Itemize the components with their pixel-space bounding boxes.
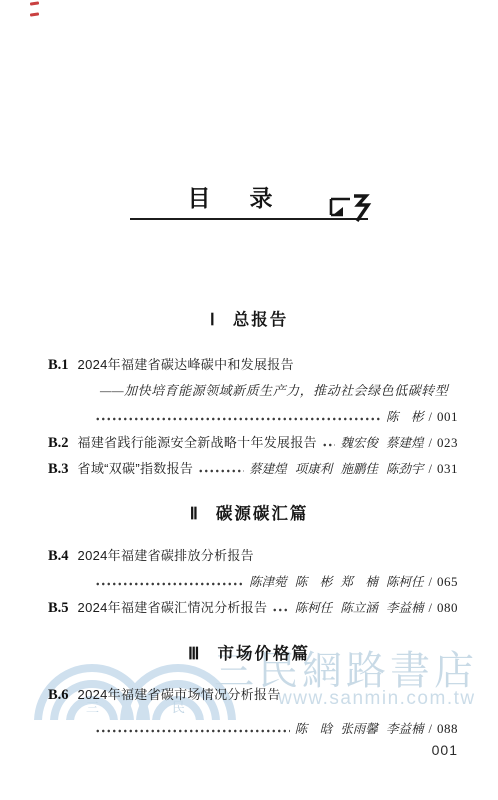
dotted-leader	[95, 409, 381, 425]
section-numeral: Ⅲ	[188, 644, 201, 663]
toc-entry-b6-authors-row: 陈 晗 张雨馨 李益楠 / 088	[48, 718, 458, 740]
entry-label: B.2	[48, 432, 69, 454]
title-underline: 目 录	[130, 180, 368, 220]
entry-label: B.3	[48, 458, 69, 480]
entry-authors: 魏宏俊 蔡建煌	[340, 432, 423, 454]
toc-entry-b1-authors-row: 陈 彬 / 001	[48, 406, 458, 428]
red-scan-marks	[30, 2, 39, 24]
page-separator: /	[429, 718, 432, 740]
toc-entry-b6-title-row: B.6 2024年福建省碳市场情况分析报告	[48, 684, 458, 706]
toc-entry-b5-row: B.5 2024年福建省碳汇情况分析报告 陈柯任 陈立涵 李益楠 / 080	[48, 597, 458, 619]
dotted-leader	[272, 600, 289, 616]
entry-authors: 陈 晗 张雨馨 李益楠	[295, 718, 424, 740]
section-heading-2: Ⅱ碳源碳汇篇	[0, 500, 498, 524]
toc-entry-b4-title-row: B.4 2024年福建省碳排放分析报告	[48, 545, 458, 567]
toc-entry-b2-row: B.2 福建省践行能源安全新战略十年发展报告 魏宏俊 蔡建煌 / 023	[48, 432, 458, 454]
section-title: 市场价格篇	[217, 644, 310, 663]
toc-page: 三 民 三民網路書店 www.sanmin.com.tw 目 录 Ⅰ总报告 B.…	[0, 0, 498, 800]
entry-title: 2024年福建省碳市场情况分析报告	[78, 684, 281, 706]
page-separator: /	[429, 406, 432, 428]
toc-entry-b1-title-row: B.1 2024年福建省碳达峰碳中和发展报告	[48, 354, 458, 376]
entry-page-number: 065	[437, 571, 458, 593]
entry-label: B.4	[48, 545, 69, 567]
toc-entry-b3-row: B.3 省域“双碳”指数报告 蔡建煌 项康利 施鹏佳 陈劲宇 / 031	[48, 458, 458, 480]
section-numeral: Ⅱ	[190, 504, 200, 523]
toc-entry-b1-subtitle: ——加快培育能源领域新质生产力，推动社会绿色低碳转型	[48, 380, 458, 402]
dotted-leader	[322, 435, 335, 451]
page-separator: /	[429, 597, 432, 619]
bookmark-arrow-icon	[328, 192, 372, 224]
page-separator: /	[429, 432, 432, 454]
section-title: 碳源碳汇篇	[216, 504, 309, 523]
entry-label: B.1	[48, 354, 69, 376]
section-title: 总报告	[233, 310, 289, 329]
entry-page-number: 031	[437, 458, 458, 480]
entry-page-number: 088	[437, 718, 458, 740]
entry-title: 福建省践行能源安全新战略十年发展报告	[78, 432, 317, 454]
toc-header: 目 录	[0, 180, 498, 220]
entry-authors: 陈 彬	[386, 406, 424, 428]
section-heading-3: Ⅲ市场价格篇	[0, 640, 498, 664]
section-heading-1: Ⅰ总报告	[0, 306, 498, 330]
entry-authors: 蔡建煌 项康利 施鹏佳 陈劲宇	[249, 458, 423, 480]
entry-page-number: 080	[437, 597, 458, 619]
entry-page-number: 023	[437, 432, 458, 454]
entry-title: 2024年福建省碳达峰碳中和发展报告	[78, 354, 294, 376]
folio-page-number: 001	[432, 742, 458, 758]
page-separator: /	[429, 458, 432, 480]
entry-title: 2024年福建省碳汇情况分析报告	[78, 597, 268, 619]
dotted-leader	[95, 721, 290, 737]
entry-authors: 陈津菀 陈 彬 郑 楠 陈柯任	[249, 571, 423, 593]
dotted-leader	[198, 461, 244, 477]
entry-title: 省域“双碳”指数报告	[78, 458, 194, 480]
toc-entry-b4-authors-row: 陈津菀 陈 彬 郑 楠 陈柯任 / 065	[48, 571, 458, 593]
entry-title: 2024年福建省碳排放分析报告	[78, 545, 254, 567]
section-numeral: Ⅰ	[210, 310, 217, 329]
entry-label: B.5	[48, 597, 69, 619]
entry-page-number: 001	[437, 406, 458, 428]
entry-label: B.6	[48, 684, 69, 706]
dotted-leader	[95, 574, 244, 590]
page-separator: /	[429, 571, 432, 593]
entry-authors: 陈柯任 陈立涵 李益楠	[295, 597, 424, 619]
